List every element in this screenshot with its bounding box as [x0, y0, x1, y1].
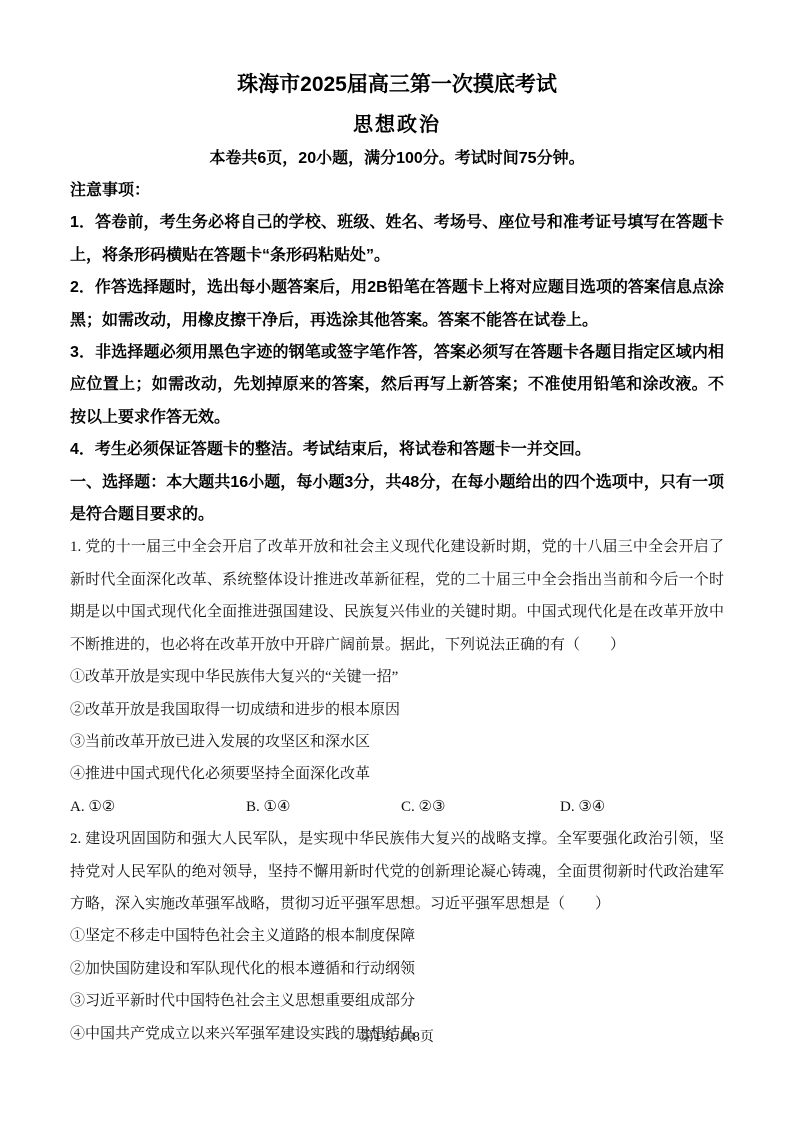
notice-item-3: 3．非选择题必须用黑色字迹的钢笔或签字笔作答，答案必须写在答题卡各题目指定区域内… [70, 337, 724, 434]
question-1-statement-4: ④推进中国式现代化必须要坚持全面深化改革 [70, 758, 724, 790]
question-1-statement-3: ③当前改革开放已进入发展的攻坚区和深水区 [70, 726, 724, 758]
exam-meta-line: 本卷共6页，20小题，满分100分。考试时间75分钟。 [70, 146, 724, 172]
question-2-stem: 2. 建设巩固国防和强大人民军队，是实现中华民族伟大复兴的战略支撑。全军要强化政… [70, 823, 724, 920]
question-2-statement-1: ①坚定不移走中国特色社会主义道路的根本制度保障 [70, 920, 724, 952]
notice-item-4: 4．考生必须保证答题卡的整洁。考试结束后，将试卷和答题卡一并交回。 [70, 434, 724, 466]
exam-header: 珠海市2025届高三第一次摸底考试 思想政治 本卷共6页，20小题，满分100分… [70, 70, 724, 172]
question-1-options: A. ①② B. ①④ C. ②③ D. ③④ [70, 791, 724, 823]
exam-paper-page: 珠海市2025届高三第一次摸底考试 思想政治 本卷共6页，20小题，满分100分… [0, 0, 794, 1123]
notice-item-2: 2．作答选择题时，选出每小题答案后，用2B铅笔在答题卡上将对应题目选项的答案信息… [70, 272, 724, 337]
section-heading: 一、选择题：本大题共16小题，每小题3分，共48分，在每小题给出的四个选项中，只… [70, 467, 724, 532]
notice-item-1: 1．答卷前，考生务必将自己的学校、班级、姓名、考场号、座位号和准考证号填写在答题… [70, 207, 724, 272]
notice-section: 注意事项： 1．答卷前，考生务必将自己的学校、班级、姓名、考场号、座位号和准考证… [70, 175, 724, 467]
question-2-statement-3: ③习近平新时代中国特色社会主义思想重要组成部分 [70, 985, 724, 1017]
question-1: 1. 党的十一届三中全会开启了改革开放和社会主义现代化建设新时期，党的十八届三中… [70, 531, 724, 823]
exam-subject: 思想政治 [70, 111, 724, 139]
notice-heading: 注意事项： [70, 175, 724, 207]
question-2: 2. 建设巩固国防和强大人民军队，是实现中华民族伟大复兴的战略支撑。全军要强化政… [70, 823, 724, 1050]
page-number: 第1页/共8页 [0, 1028, 794, 1048]
question-1-option-c: C. ②③ [401, 791, 560, 823]
exam-title: 珠海市2025届高三第一次摸底考试 [70, 70, 724, 100]
question-1-stem: 1. 党的十一届三中全会开启了改革开放和社会主义现代化建设新时期，党的十八届三中… [70, 531, 724, 661]
page-content: 珠海市2025届高三第一次摸底考试 思想政治 本卷共6页，20小题，满分100分… [70, 0, 724, 1050]
question-1-option-b: B. ①④ [246, 791, 401, 823]
question-1-statement-1: ①改革开放是实现中华民族伟大复兴的“关键一招” [70, 661, 724, 693]
question-2-statement-2: ②加快国防建设和军队现代化的根本遵循和行动纲领 [70, 953, 724, 985]
question-1-statement-2: ②改革开放是我国取得一切成绩和进步的根本原因 [70, 694, 724, 726]
question-1-option-d: D. ③④ [560, 791, 724, 823]
question-1-option-a: A. ①② [70, 791, 246, 823]
